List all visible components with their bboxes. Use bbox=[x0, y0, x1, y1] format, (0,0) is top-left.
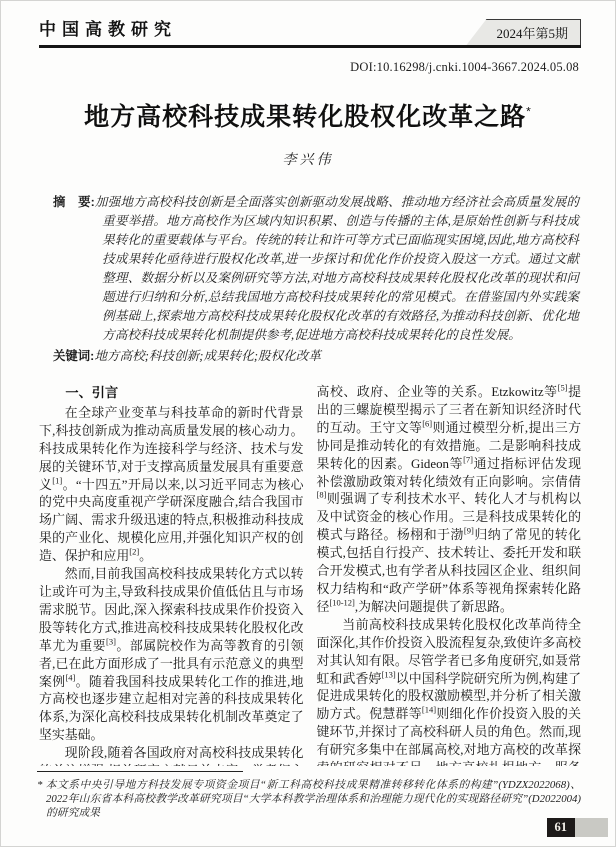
right-column: 高校、政府、企业等的关系。Etzkowitz等[5]提出的三螺旋模型揭示了三者在… bbox=[317, 384, 582, 766]
body-columns: 一、引言 在全球产业变革与科技革命的新时代背景下,科技创新成为推动高质量发展的核… bbox=[39, 384, 581, 766]
doi-text: DOI:10.16298/j.cnki.1004-3667.2024.05.08 bbox=[1, 60, 579, 75]
body-paragraph: 在全球产业变革与科技革命的新时代背景下,科技创新成为推动高质量发展的核心动力。科… bbox=[39, 405, 304, 566]
page-number-area: 61 bbox=[547, 818, 609, 837]
abstract-label: 摘 要: bbox=[53, 195, 95, 209]
abstract-paragraph: 摘 要:加强地方高校科技创新是全面落实创新驱动发展战略、推动地方经济社会高质量发… bbox=[53, 193, 579, 345]
body-paragraph: 然而,目前我国高校科技成果转化方式以转让或许可为主,导致科技成果价值低估且与市场… bbox=[39, 566, 304, 745]
page-number: 61 bbox=[547, 818, 576, 837]
body-paragraph: 当前高校科技成果转化股权化改革尚待全面深化,其作价投资入股流程复杂,致使许多高校… bbox=[317, 617, 582, 766]
left-column: 一、引言 在全球产业变革与科技革命的新时代背景下,科技创新成为推动高质量发展的核… bbox=[39, 384, 304, 766]
body-paragraph: 现阶段,随着各国政府对高校科技成果转化的关注增强,相关研究文献日益丰富。学者们主… bbox=[39, 745, 304, 766]
keywords-label: 关键词: bbox=[53, 349, 94, 363]
abstract-text: 加强地方高校科技创新是全面落实创新驱动发展战略、推动地方经济社会高质量发展的重要… bbox=[95, 195, 579, 342]
journal-header: 中国高教研究 2024年第5期 bbox=[39, 15, 581, 48]
journal-name: 中国高教研究 bbox=[39, 15, 177, 45]
paper-page: 中国高教研究 2024年第5期 DOI:10.16298/j.cnki.1004… bbox=[0, 0, 616, 847]
keywords-text: 地方高校;科技创新;成果转化;股权化改革 bbox=[94, 349, 321, 363]
keywords-line: 关键词:地方高校;科技创新;成果转化;股权化改革 bbox=[53, 347, 579, 366]
author-name: 李兴伟 bbox=[1, 149, 615, 169]
issue-badge: 2024年第5期 bbox=[466, 19, 581, 45]
article-title-text: 地方高校科技成果转化股权化改革之路 bbox=[84, 103, 526, 131]
page-number-tail-bar bbox=[575, 818, 608, 837]
abstract-block: 摘 要:加强地方高校科技创新是全面落实创新驱动发展战略、推动地方经济社会高质量发… bbox=[53, 193, 579, 366]
body-paragraph-continued: 高校、政府、企业等的关系。Etzkowitz等[5]提出的三螺旋模型揭示了三者在… bbox=[317, 384, 582, 617]
footnote-block: * 本文系中央引导地方科技发展专项资金项目“新工科高校科技成果精准转移转化体系的… bbox=[37, 771, 581, 820]
footnote-text: * 本文系中央引导地方科技发展专项资金项目“新工科高校科技成果精准转移转化体系的… bbox=[37, 778, 581, 820]
section-1-heading: 一、引言 bbox=[39, 384, 304, 402]
article-title: 地方高校科技成果转化股权化改革之路* bbox=[1, 97, 615, 133]
footnote-divider bbox=[37, 771, 243, 772]
title-footnote-marker: * bbox=[526, 105, 532, 119]
